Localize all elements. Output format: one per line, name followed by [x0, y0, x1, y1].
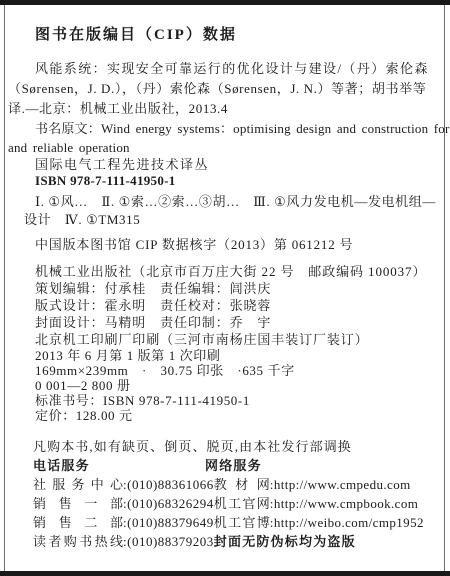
standard-book-number-line: 标准书号：ISBN 978-7-111-41950-1	[35, 393, 443, 408]
service-info: 凡购本书,如有缺页、倒页、脱页,由本社发行部调换 电话服务 网络服务 社服务中心…	[33, 437, 443, 551]
original-title-line-1: 书名原文：Wind energy systems：optimising desi…	[8, 119, 443, 138]
network-label: 机工官网	[214, 494, 270, 513]
staff-line-3: 封面设计：马精明 责任印制：乔 宇	[35, 314, 443, 331]
cip-registry-number: 中国版本图书馆 CIP 数据核字（2013）第 061212 号	[8, 237, 443, 253]
cip-description: 风能系统：实现安全可靠运行的优化设计与建设/（丹）索伦森 （Sørensen，J…	[8, 59, 443, 119]
print-run-line: 0 001—2 800 册	[35, 378, 443, 393]
network-url: http://www.cmpbook.com	[274, 496, 418, 511]
replacement-notice: 凡购本书,如有缺页、倒页、脱页,由本社发行部调换	[33, 437, 443, 456]
page-left-border	[4, 5, 5, 571]
publication-info: 机械工业出版社（北京市百万庄大街 22 号 邮政编码 100037） 策划编辑：…	[35, 263, 443, 348]
phone-label: 读者购书热线	[33, 532, 123, 551]
printer-line: 北京机工印刷厂印刷（三河市南杨庄国丰装订厂装订）	[35, 331, 443, 348]
phone-number: (010)88379649	[127, 515, 214, 530]
price-line: 定价：128.00 元	[35, 408, 443, 423]
network-label: 机工官博	[214, 513, 270, 532]
anti-piracy-notice: 封面无防伪标均为盗版	[214, 532, 443, 551]
cip-description-line-2: （Sørensen，J. D.），（丹）索伦森（Sørensen，J. N.）等…	[8, 79, 443, 99]
network-url: http://weibo.com/cmp1952	[274, 515, 424, 530]
publisher-line: 机械工业出版社（北京市百万庄大街 22 号 邮政编码 100037）	[35, 263, 443, 280]
network-url: http://www.cmpedu.com	[274, 477, 411, 492]
phone-entry: 读者购书热线:(010)88379203	[33, 532, 214, 551]
phone-label: 社服务中心	[33, 475, 123, 494]
cip-heading: 图书在版编目（CIP）数据	[35, 25, 443, 45]
cip-description-line-3: 译.—北京：机械工业出版社，2013.4	[8, 99, 443, 119]
service-row-2: 销售一部:(010)68326294 机工官网:http://www.cmpbo…	[33, 494, 443, 513]
service-row-4: 读者购书热线:(010)88379203 封面无防伪标均为盗版	[33, 532, 443, 551]
original-title: 书名原文：Wind energy systems：optimising desi…	[8, 119, 443, 157]
page-content: 图书在版编目（CIP）数据 风能系统：实现安全可靠运行的优化设计与建设/（丹）索…	[8, 5, 443, 551]
book-copyright-page: 图书在版编目（CIP）数据 风能系统：实现安全可靠运行的优化设计与建设/（丹）索…	[0, 0, 450, 576]
classification-line-2: 设计 Ⅳ. ①TM315	[8, 211, 443, 229]
network-entry: 机工官博:http://weibo.com/cmp1952	[214, 513, 443, 532]
edition-line: 2013 年 6 月第 1 版第 1 次印刷	[35, 348, 443, 363]
cip-classification: Ⅰ. ①风… Ⅱ. ①索…②索…③胡… Ⅲ. ①风力发电机—发电机组— 设计 Ⅳ…	[8, 193, 443, 229]
phone-label: 销售二部	[33, 513, 123, 532]
phone-label: 销售一部	[33, 494, 123, 513]
phone-number: (010)88379203	[127, 534, 214, 549]
isbn-line: ISBN 978-7-111-41950-1	[8, 173, 443, 189]
phone-number: (010)88361066	[127, 477, 214, 492]
printing-info: 2013 年 6 月第 1 版第 1 次印刷 169mm×239mm · 30.…	[35, 348, 443, 423]
page-bottom-edge	[0, 571, 450, 576]
phone-entry: 销售二部:(010)88379649	[33, 513, 214, 532]
original-title-line-2: and reliable operation	[8, 138, 443, 157]
network-service-header: 网络服务	[205, 456, 443, 475]
network-entry: 机工官网:http://www.cmpbook.com	[214, 494, 443, 513]
network-label: 教材网	[214, 475, 270, 494]
cip-description-line-1: 风能系统：实现安全可靠运行的优化设计与建设/（丹）索伦森	[8, 59, 443, 79]
phone-entry: 社服务中心:(010)88361066	[33, 475, 214, 494]
phone-entry: 销售一部:(010)68326294	[33, 494, 214, 513]
phone-service-header: 电话服务	[33, 456, 205, 475]
page-right-border	[444, 5, 445, 571]
staff-line-2: 版式设计：霍永明 责任校对：张晓蓉	[35, 297, 443, 314]
phone-number: (010)68326294	[127, 496, 214, 511]
service-row-1: 社服务中心:(010)88361066 教材网:http://www.cmped…	[33, 475, 443, 494]
classification-line-1: Ⅰ. ①风… Ⅱ. ①索…②索…③胡… Ⅲ. ①风力发电机—发电机组—	[8, 193, 443, 211]
format-line: 169mm×239mm · 30.75 印张 ·635 千字	[35, 363, 443, 378]
service-row-3: 销售二部:(010)88379649 机工官博:http://weibo.com…	[33, 513, 443, 532]
service-header-row: 电话服务 网络服务	[33, 456, 443, 475]
series-title: 国际电气工程先进技术译丛	[8, 157, 443, 173]
network-entry: 教材网:http://www.cmpedu.com	[214, 475, 443, 494]
staff-line-1: 策划编辑：付承桂 责任编辑：闾洪庆	[35, 280, 443, 297]
